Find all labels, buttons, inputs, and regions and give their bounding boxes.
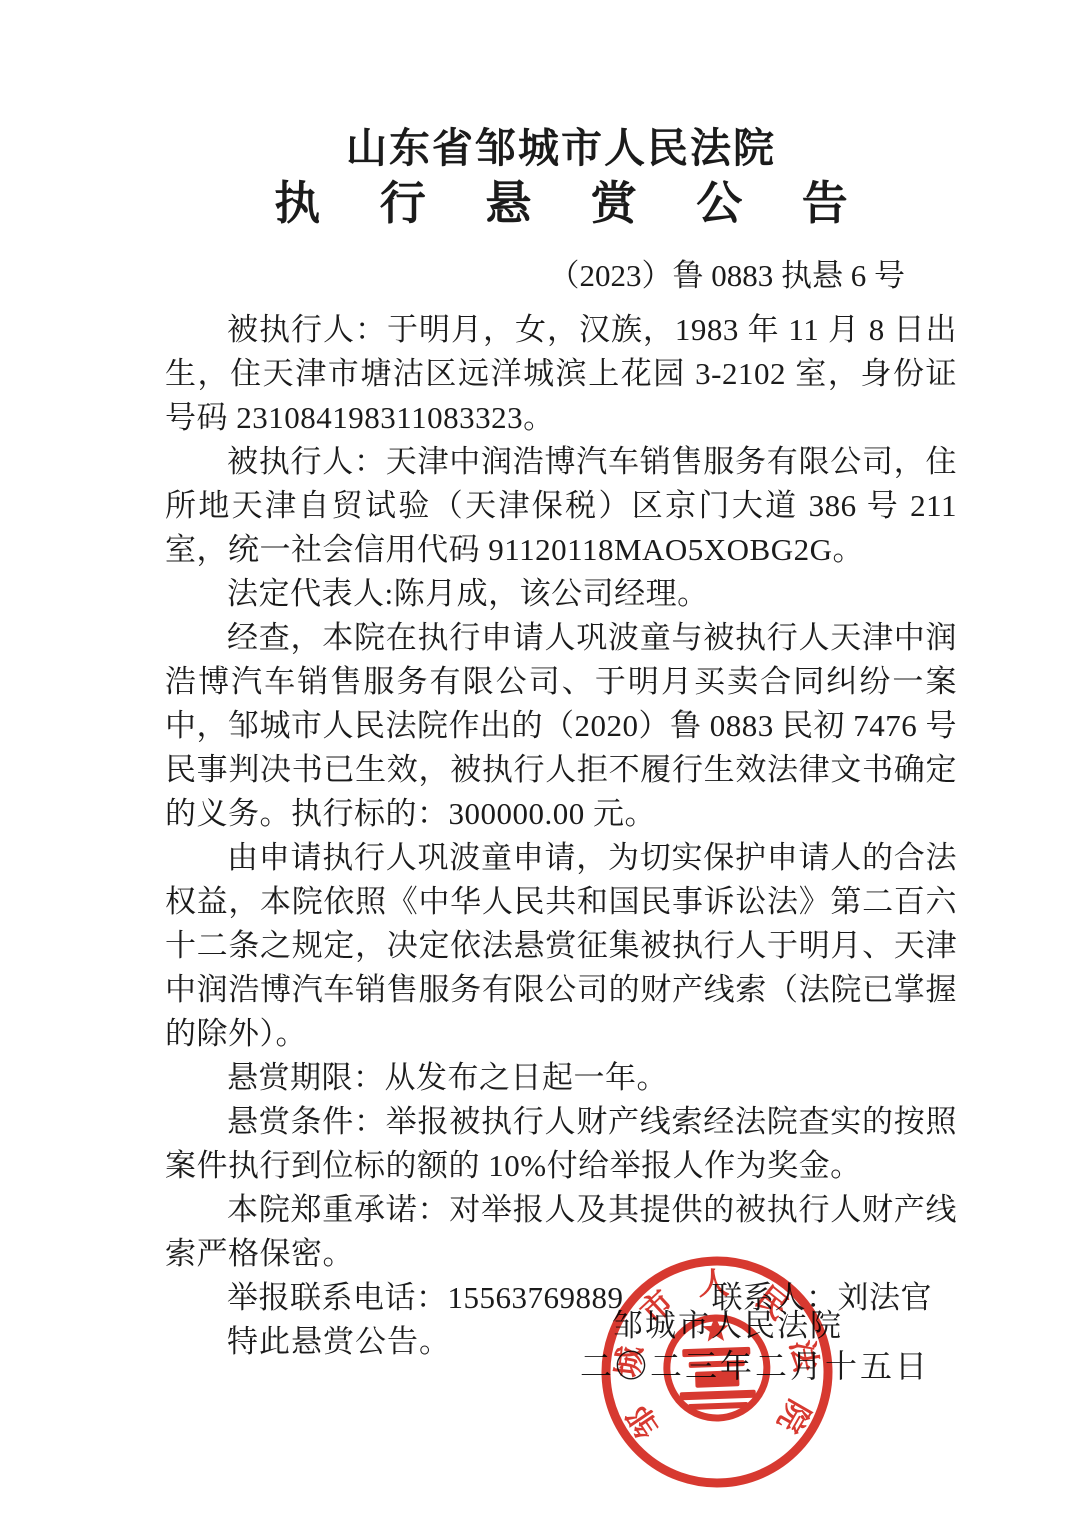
report-phone: 举报联系电话：15563769889 [227,1276,624,1320]
case-number: （2023）鲁 0883 执悬 6 号 [165,256,957,296]
svg-text:人: 人 [698,1266,730,1302]
paragraph-legal-representative: 法定代表人:陈月成，该公司经理。 [165,572,957,616]
document-page: 山东省邹城市人民法院 执 行 悬 赏 公 告 （2023）鲁 0883 执悬 6… [0,0,1080,1527]
paragraph-confidentiality: 本院郑重承诺：对举报人及其提供的被执行人财产线索严格保密。 [165,1188,957,1276]
paragraph-case-facts: 经查，本院在执行申请人巩波童与被执行人天津中润浩博汽车销售服务有限公司、于明月买… [165,616,957,836]
paragraph-respondent-1: 被执行人：于明月，女，汉族，1983 年 11 月 8 日出生，住天津市塘沽区远… [165,308,957,440]
court-seal-icon: 邹城市人民法院 [593,1248,841,1496]
svg-text:城: 城 [610,1344,648,1379]
document-title: 执 行 悬 赏 公 告 [165,176,957,232]
court-name-heading: 山东省邹城市人民法院 [165,124,957,172]
paragraph-reward-period: 悬赏期限：从发布之日起一年。 [165,1056,957,1100]
paragraph-respondent-2: 被执行人：天津中润浩博汽车销售服务有限公司，住所地天津自贸试验（天津保税）区京门… [165,440,957,572]
svg-text:法: 法 [784,1337,824,1375]
national-emblem-icon [665,1314,768,1419]
paragraph-reward-condition: 悬赏条件：举报被执行人财产线索经法院查实的按照案件执行到位标的额的 10%付给举… [165,1100,957,1188]
document-content: 山东省邹城市人民法院 执 行 悬 赏 公 告 （2023）鲁 0883 执悬 6… [165,124,957,1364]
paragraph-reward-basis: 由申请执行人巩波童申请，为切实保护申请人的合法权益，本院依照《中华人民共和国民事… [165,836,957,1056]
